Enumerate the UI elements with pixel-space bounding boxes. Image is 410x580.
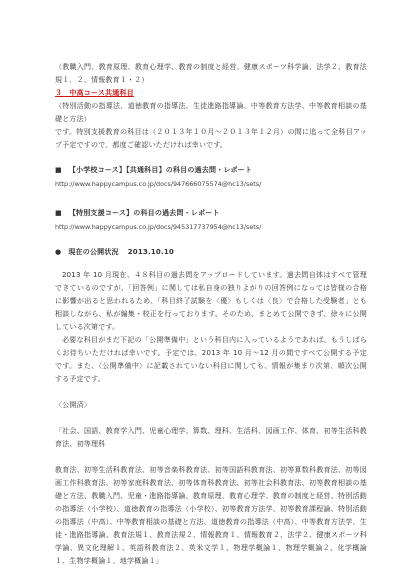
square-bullet-icon: ■ [55,207,62,220]
link-label-row: ■【特別支援コース】の科目の過去問・レポート [55,207,367,220]
published-heading: 〈公開済〉 [55,399,367,412]
status-paragraph-2: 必要な科目がまだ下記の「公開準備中」という科目内に入っているようであれば、もうし… [55,334,367,386]
link-url-special-support-course: http://www.happycampus.co.jp/docs/945317… [55,221,367,234]
section3-subjects: （特別活動の指導法、道徳教育の指導法、生徒進路指導論、中等教育方法学、中等教育相… [55,100,367,126]
status-date: 2013.10.10 [128,248,174,256]
square-bullet-icon: ■ [55,164,62,177]
status-paragraph-1: 2013 年 10 月現在、４８科目の過去問をアップロードしています。過去問自体… [55,269,367,334]
link-item-elementary-course: ■【小学校コース】【共通科目】の科目の過去問・レポート http://www.h… [55,164,367,191]
published-list-part2: 教育法、初等生活科教育法、初等音楽科教育法、初等国語科教育法、初等算数科教育法、… [55,464,367,568]
link-item-special-support-course: ■【特別支援コース】の科目の過去問・レポート http://www.happyc… [55,207,367,234]
link-label-elementary-course: 【小学校コース】【共通科目】の科目の過去問・レポート [69,166,252,174]
link-label-row: ■【小学校コース】【共通科目】の科目の過去問・レポート [55,164,367,177]
circle-bullet-icon: ● [55,246,61,259]
link-label-special-support-course: 【特別支援コース】の科目の過去問・レポート [69,209,220,217]
published-list-part1: 「社会、国語、教育学入門、児童心理学、算数、理科、生活科、図画工作、体育、初等生… [55,425,367,451]
link-url-elementary-course: http://www.happycampus.co.jp/docs/947666… [55,178,367,191]
section3-note: です。特別支援教育の科目は（２０１３年１０月～２０１３年１２月）の間に追って全科… [55,126,367,152]
document-content: （教職入門、教育原理、教育心理学、教育の制度と経営、健康スポーツ科学論、法学２、… [55,61,367,568]
status-heading-row: ●現在の公開状況2013.10.10 [55,246,367,259]
elementary-common-subjects: （教職入門、教育原理、教育心理学、教育の制度と経営、健康スポーツ科学論、法学２、… [55,61,367,87]
status-heading: 現在の公開状況 [68,248,118,256]
document-page: （教職入門、教育原理、教育心理学、教育の制度と経営、健康スポーツ科学論、法学２、… [0,0,410,580]
section3-heading: ３ 中高コース共通科目 [55,87,367,100]
